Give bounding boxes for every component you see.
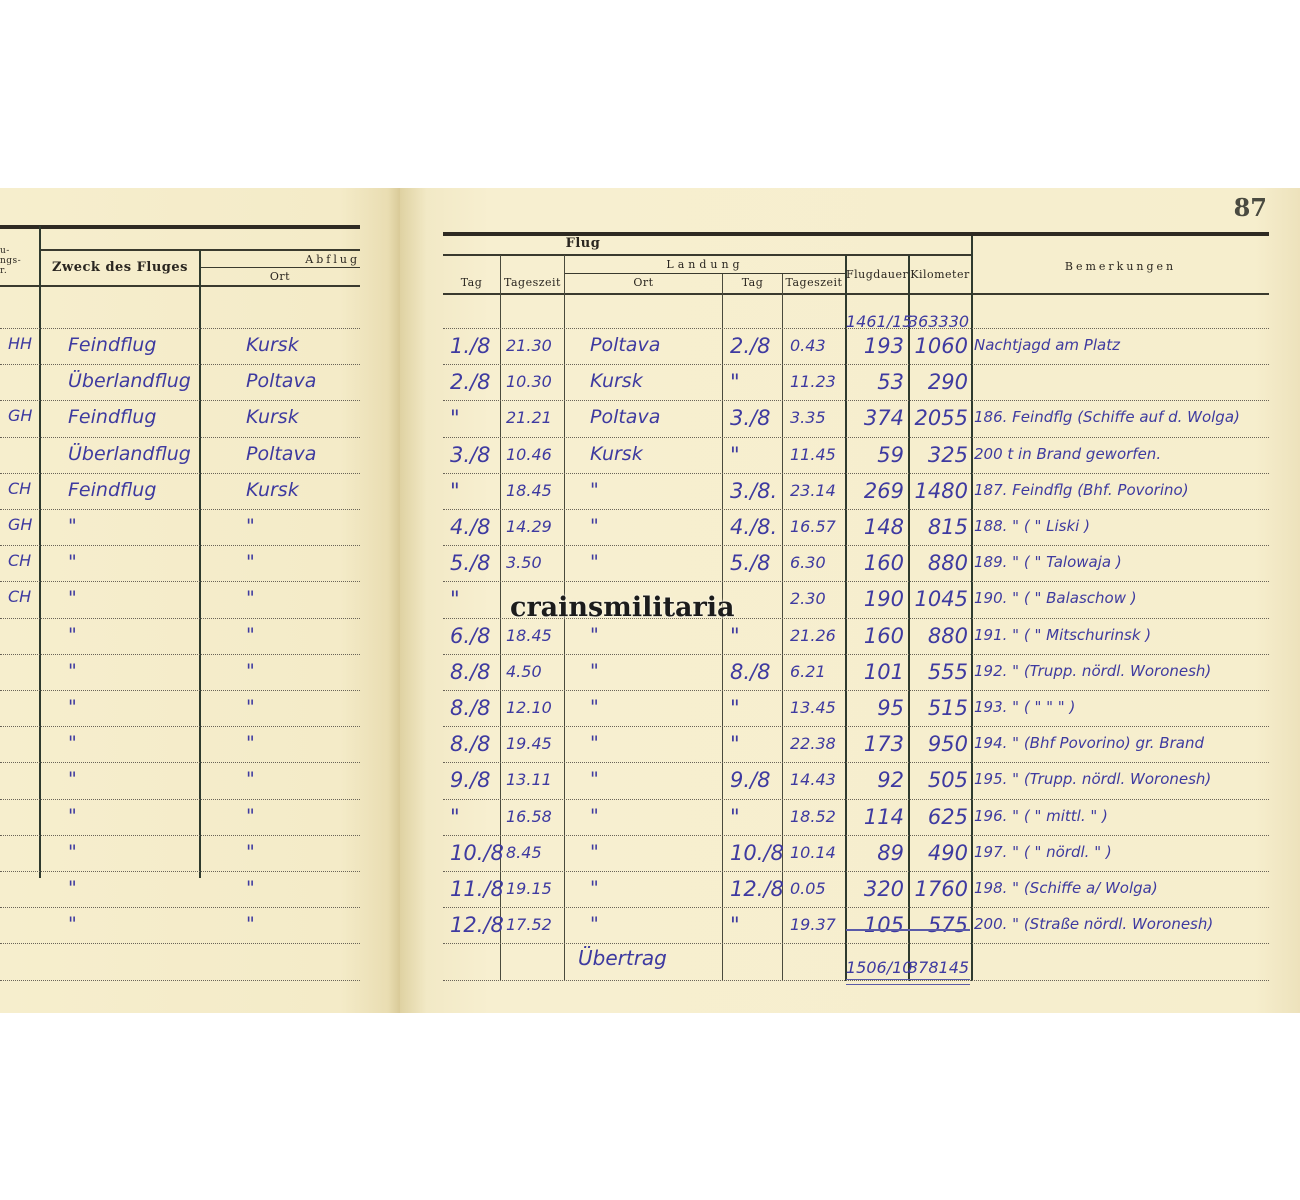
ruled-line <box>443 364 1269 365</box>
tageszeit-cell: 18.45 <box>506 626 552 645</box>
col-divider <box>782 274 783 981</box>
tageszeit-cell: 18.45 <box>506 481 552 500</box>
landung-rule <box>565 273 845 274</box>
tageszeit-cell: 8.45 <box>506 843 542 862</box>
landung-ort-cell: " <box>590 660 599 682</box>
sum-underline <box>846 929 970 931</box>
flugdauer-cell: 173 <box>852 732 904 756</box>
abflug-ort-cell: " <box>246 768 255 790</box>
landung-tageszeit-cell: 11.45 <box>790 445 836 464</box>
ruled-line <box>0 762 360 763</box>
ruled-line <box>443 400 1269 401</box>
tageszeit-cell: 12.10 <box>506 698 552 717</box>
abflug-ort-cell: " <box>246 587 255 609</box>
ruled-line <box>0 545 360 546</box>
bemerkungen-cell: 196. " ( " mittl. " ) <box>974 807 1108 825</box>
landung-ort-cell: " <box>590 624 599 646</box>
kilometer-header: Kilometer <box>909 268 971 281</box>
ruled-line <box>443 762 1269 763</box>
tageszeit-cell: 13.11 <box>506 770 552 789</box>
landung-ort-cell: Kursk <box>590 370 643 392</box>
kilometer-cell: 515 <box>912 696 968 720</box>
landung-tageszeit-cell: 23.14 <box>790 481 836 500</box>
aircraft-code: GH <box>8 515 32 534</box>
zweck-cell: Feindflug <box>68 479 156 501</box>
zweck-cell: " <box>68 587 77 609</box>
carry-out-kilometer: 378145 <box>908 958 969 977</box>
zweck-header: Zweck des Fluges <box>40 260 200 275</box>
aircraft-code: CH <box>8 587 31 606</box>
ruled-line <box>443 871 1269 872</box>
bemerkungen-cell: 198. " (Schiffe a/ Wolga) <box>974 879 1158 897</box>
zweck-cell: " <box>68 696 77 718</box>
flugdauer-cell: 148 <box>852 515 904 539</box>
logbook-spread: u- ngs- r. Zweck des Fluges Abflug Ort H… <box>0 188 1300 1013</box>
aircraft-code: CH <box>8 479 31 498</box>
carry-out-flugdauer: 1506/10 <box>846 958 912 977</box>
landung-ort-header: Ort <box>565 276 722 289</box>
landung-tageszeit-cell: 0.43 <box>790 336 826 355</box>
kilometer-cell: 950 <box>912 732 968 756</box>
tageszeit-cell: 19.45 <box>506 734 552 753</box>
tag-cell: 6./8 <box>450 624 490 648</box>
landung-ort-cell: " <box>590 768 599 790</box>
bemerkungen-cell: 191. " ( " Mitschurinsk ) <box>974 626 1151 644</box>
zweck-cell: " <box>68 877 77 899</box>
kilometer-cell: 555 <box>912 660 968 684</box>
bemerkungen-cell: 188. " ( " Liski ) <box>974 517 1090 535</box>
landung-tageszeit-cell: 16.57 <box>790 517 836 536</box>
kilometer-cell: 290 <box>912 370 968 394</box>
landung-tag-cell: 3./8 <box>730 406 770 430</box>
ruled-line <box>0 835 360 836</box>
landung-tag-cell: " <box>730 913 740 937</box>
ruled-line <box>443 581 1269 582</box>
zweck-cell: " <box>68 515 77 537</box>
landung-tageszeit-cell: 13.45 <box>790 698 836 717</box>
flugdauer-cell: 160 <box>852 624 904 648</box>
kilometer-cell: 880 <box>912 551 968 575</box>
flugdauer-cell: 53 <box>852 370 904 394</box>
zweck-cell: " <box>68 913 77 935</box>
landung-tageszeit-cell: 6.21 <box>790 662 826 681</box>
aircraft-code: GH <box>8 406 32 425</box>
ruled-line <box>0 364 360 365</box>
ruled-line <box>0 509 360 510</box>
flugdauer-cell: 193 <box>852 334 904 358</box>
tag-header: Tag <box>443 276 500 289</box>
abflug-ort-cell: Kursk <box>246 334 299 356</box>
bemerkungen-cell: 197. " ( " nördl. " ) <box>974 843 1112 861</box>
bemerkungen-cell: 200 t in Brand geworfen. <box>974 445 1161 463</box>
tag-cell: 10./8 <box>450 841 504 865</box>
landung-tageszeit-cell: 3.35 <box>790 408 826 427</box>
tag-cell: " <box>450 406 460 430</box>
landung-tageszeit-cell: 18.52 <box>790 807 836 826</box>
landung-ort-cell: " <box>590 732 599 754</box>
landung-ort-cell: " <box>590 877 599 899</box>
col-divider <box>39 226 41 878</box>
kilometer-cell: 325 <box>912 443 968 467</box>
ruled-line <box>0 618 360 619</box>
ruled-line <box>443 726 1269 727</box>
ruled-line <box>0 437 360 438</box>
landung-tag-cell: " <box>730 624 740 648</box>
tag-cell: 1./8 <box>450 334 490 358</box>
kilometer-cell: 1480 <box>912 479 968 503</box>
flugdauer-cell: 269 <box>852 479 904 503</box>
landung-tag-cell: " <box>730 696 740 720</box>
landung-tag-cell: " <box>730 805 740 829</box>
kilometer-cell: 575 <box>912 913 968 937</box>
tag-cell: 8./8 <box>450 660 490 684</box>
landung-ort-cell: " <box>590 913 599 935</box>
ruled-line <box>0 726 360 727</box>
tageszeit-cell: 17.52 <box>506 915 552 934</box>
ruled-line <box>443 437 1269 438</box>
tageszeit-header: Tageszeit <box>501 276 564 289</box>
bemerkungen-header: Bemerkungen <box>972 260 1269 273</box>
landung-tageszeit-cell: 2.30 <box>790 589 826 608</box>
tag-cell: 9./8 <box>450 768 490 792</box>
landung-tag-cell: 12./8 <box>730 877 784 901</box>
tageszeit-cell: 3.50 <box>506 553 542 572</box>
ruled-line <box>443 545 1269 546</box>
landung-ort-cell: Poltava <box>590 406 660 428</box>
ruled-line <box>443 943 1269 944</box>
landung-ort-cell: " <box>590 515 599 537</box>
landung-ort-cell: " <box>590 479 599 501</box>
bemerkungen-cell: 190. " ( " Balaschow ) <box>974 589 1137 607</box>
landung-tageszeit-cell: 14.43 <box>790 770 836 789</box>
ruled-line <box>443 690 1269 691</box>
bemerkungen-cell: 194. " (Bhf Povorino) gr. Brand <box>974 734 1204 752</box>
tageszeit-cell: 4.50 <box>506 662 542 681</box>
kilometer-cell: 1045 <box>912 587 968 611</box>
kilometer-cell: 815 <box>912 515 968 539</box>
zweck-cell: Überlandflug <box>68 370 191 392</box>
abflug-ort-cell: Poltava <box>246 370 316 392</box>
landung-tageszeit-cell: 11.23 <box>790 372 836 391</box>
bemerkungen-cell: 189. " ( " Talowaja ) <box>974 553 1122 571</box>
ruled-line <box>0 980 360 981</box>
ruled-line <box>0 473 360 474</box>
tag-cell: 11./8 <box>450 877 504 901</box>
zweck-cell: " <box>68 660 77 682</box>
abflug-ort-cell: " <box>246 624 255 646</box>
flugdauer-cell: 59 <box>852 443 904 467</box>
flugdauer-cell: 95 <box>852 696 904 720</box>
zweck-cell: " <box>68 805 77 827</box>
ruled-line <box>0 690 360 691</box>
flugdauer-header: Flugdauer <box>846 268 908 281</box>
ruled-line <box>443 835 1269 836</box>
flugdauer-cell: 105 <box>852 913 904 937</box>
ruled-line <box>443 907 1269 908</box>
landung-tageszeit-cell: 22.38 <box>790 734 836 753</box>
landung-tageszeit-cell: 21.26 <box>790 626 836 645</box>
landung-tag-cell: 2./8 <box>730 334 770 358</box>
abflug-ort-cell: " <box>246 805 255 827</box>
flugdauer-cell: 190 <box>852 587 904 611</box>
partial-column-header: u- ngs- r. <box>0 246 14 276</box>
flug-header: Flug <box>443 236 723 251</box>
landung-tag-cell: 4./8. <box>730 515 777 539</box>
total-double-underline <box>846 979 970 985</box>
abflug-ort-cell: " <box>246 696 255 718</box>
ruled-line <box>443 509 1269 510</box>
abflug-ort-cell: Kursk <box>246 406 299 428</box>
bemerkungen-cell: 193. " ( " " " ) <box>974 698 1075 716</box>
landung-tag-cell: " <box>730 732 740 756</box>
abflug-ort-header: Ort <box>200 270 360 283</box>
kilometer-cell: 880 <box>912 624 968 648</box>
abflug-ort-cell: " <box>246 913 255 935</box>
page-number: 87 <box>1234 193 1267 222</box>
tag-cell: " <box>450 587 460 611</box>
ruled-line <box>443 328 1269 329</box>
zweck-cell: Feindflug <box>68 334 156 356</box>
landung-tag-cell: " <box>730 370 740 394</box>
landung-tag-cell: 5./8 <box>730 551 770 575</box>
aircraft-code: CH <box>8 551 31 570</box>
kilometer-cell: 2055 <box>912 406 968 430</box>
ruled-line <box>443 799 1269 800</box>
flugdauer-cell: 101 <box>852 660 904 684</box>
abflug-ort-cell: Poltava <box>246 443 316 465</box>
tag-cell: 8./8 <box>450 696 490 720</box>
kilometer-cell: 1060 <box>912 334 968 358</box>
aircraft-code: HH <box>8 334 32 353</box>
abflug-header: Abflug <box>200 253 360 266</box>
ruled-line <box>0 943 360 944</box>
tag-cell: 2./8 <box>450 370 490 394</box>
ruled-line <box>0 871 360 872</box>
zweck-cell: Überlandflug <box>68 443 191 465</box>
landung-ort-cell: " <box>590 841 599 863</box>
abflug-ort-cell: " <box>246 877 255 899</box>
bemerkungen-cell: 192. " (Trupp. nördl. Woronesh) <box>974 662 1211 680</box>
landung-tag-header: Tag <box>723 276 782 289</box>
ruled-line <box>0 654 360 655</box>
abflug-ort-cell: Kursk <box>246 479 299 501</box>
tageszeit-cell: 19.15 <box>506 879 552 898</box>
zweck-cell: " <box>68 551 77 573</box>
abflug-ort-cell: " <box>246 515 255 537</box>
ruled-line <box>0 581 360 582</box>
tag-cell: 3./8 <box>450 443 490 467</box>
landung-ort-cell: " <box>590 551 599 573</box>
ruled-line <box>0 400 360 401</box>
landung-tag-cell: 8./8 <box>730 660 770 684</box>
abflug-ort-cell: " <box>246 732 255 754</box>
col-divider-bemerkungen <box>971 236 973 981</box>
landung-ort-cell: " <box>590 696 599 718</box>
col-divider <box>722 274 723 981</box>
flugdauer-cell: 92 <box>852 768 904 792</box>
ruled-line <box>0 328 360 329</box>
col-divider <box>199 250 201 878</box>
abflug-ort-cell: " <box>246 551 255 573</box>
tag-cell: " <box>450 805 460 829</box>
zweck-cell: " <box>68 768 77 790</box>
landung-tag-cell: " <box>730 443 740 467</box>
flugdauer-cell: 89 <box>852 841 904 865</box>
ruled-line <box>0 907 360 908</box>
landung-header: Landung <box>565 258 845 271</box>
tageszeit-cell: 21.30 <box>506 336 552 355</box>
bemerkungen-cell: Nachtjagd am Platz <box>974 336 1120 354</box>
ruled-line <box>443 654 1269 655</box>
tageszeit-cell: 10.46 <box>506 445 552 464</box>
kilometer-cell: 490 <box>912 841 968 865</box>
flugdauer-cell: 320 <box>852 877 904 901</box>
flugdauer-cell: 160 <box>852 551 904 575</box>
flugdauer-cell: 374 <box>852 406 904 430</box>
kilometer-cell: 625 <box>912 805 968 829</box>
landung-tageszeit-cell: 6.30 <box>790 553 826 572</box>
bemerkungen-cell: 187. Feindflg (Bhf. Povorino) <box>974 481 1189 499</box>
tag-cell: 8./8 <box>450 732 490 756</box>
tag-cell: " <box>450 479 460 503</box>
header-subrule <box>200 267 360 268</box>
tageszeit-cell: 10.30 <box>506 372 552 391</box>
carry-out-label: Übertrag <box>578 946 667 970</box>
header-bottom-rule <box>0 285 360 287</box>
landung-tageszeit-cell: 19.37 <box>790 915 836 934</box>
landung-ort-cell: Kursk <box>590 443 643 465</box>
abflug-ort-cell: " <box>246 841 255 863</box>
zweck-cell: " <box>68 624 77 646</box>
landung-tageszeit-cell: 10.14 <box>790 843 836 862</box>
kilometer-cell: 1760 <box>912 877 968 901</box>
landung-tageszeit-header: Tageszeit <box>783 276 845 289</box>
bemerkungen-cell: 186. Feindflg (Schiffe auf d. Wolga) <box>974 408 1240 426</box>
flug-rule <box>443 254 971 256</box>
zweck-cell: " <box>68 841 77 863</box>
bemerkungen-cell: 195. " (Trupp. nördl. Woronesh) <box>974 770 1211 788</box>
watermark: crainsmilitaria <box>510 592 735 623</box>
tag-cell: 5./8 <box>450 551 490 575</box>
landung-ort-cell: " <box>590 805 599 827</box>
left-page: u- ngs- r. Zweck des Fluges Abflug Ort H… <box>0 188 400 1013</box>
ruled-line <box>443 473 1269 474</box>
landung-tag-cell: 3./8. <box>730 479 777 503</box>
landung-ort-cell: Poltava <box>590 334 660 356</box>
flugdauer-cell: 114 <box>852 805 904 829</box>
zweck-cell: Feindflug <box>68 406 156 428</box>
landung-tag-cell: 10./8 <box>730 841 784 865</box>
bemerkungen-cell: 200. " (Straße nördl. Woronesh) <box>974 915 1213 933</box>
kilometer-cell: 505 <box>912 768 968 792</box>
tag-cell: 12./8 <box>450 913 504 937</box>
tageszeit-cell: 14.29 <box>506 517 552 536</box>
tag-cell: 4./8 <box>450 515 490 539</box>
header-bottom-rule <box>443 293 1269 295</box>
header-top-rule <box>0 225 360 229</box>
abflug-ort-cell: " <box>246 660 255 682</box>
tageszeit-cell: 16.58 <box>506 807 552 826</box>
ruled-line <box>0 799 360 800</box>
landung-tageszeit-cell: 0.05 <box>790 879 826 898</box>
tageszeit-cell: 21.21 <box>506 408 552 427</box>
landung-tag-cell: 9./8 <box>730 768 770 792</box>
zweck-cell: " <box>68 732 77 754</box>
